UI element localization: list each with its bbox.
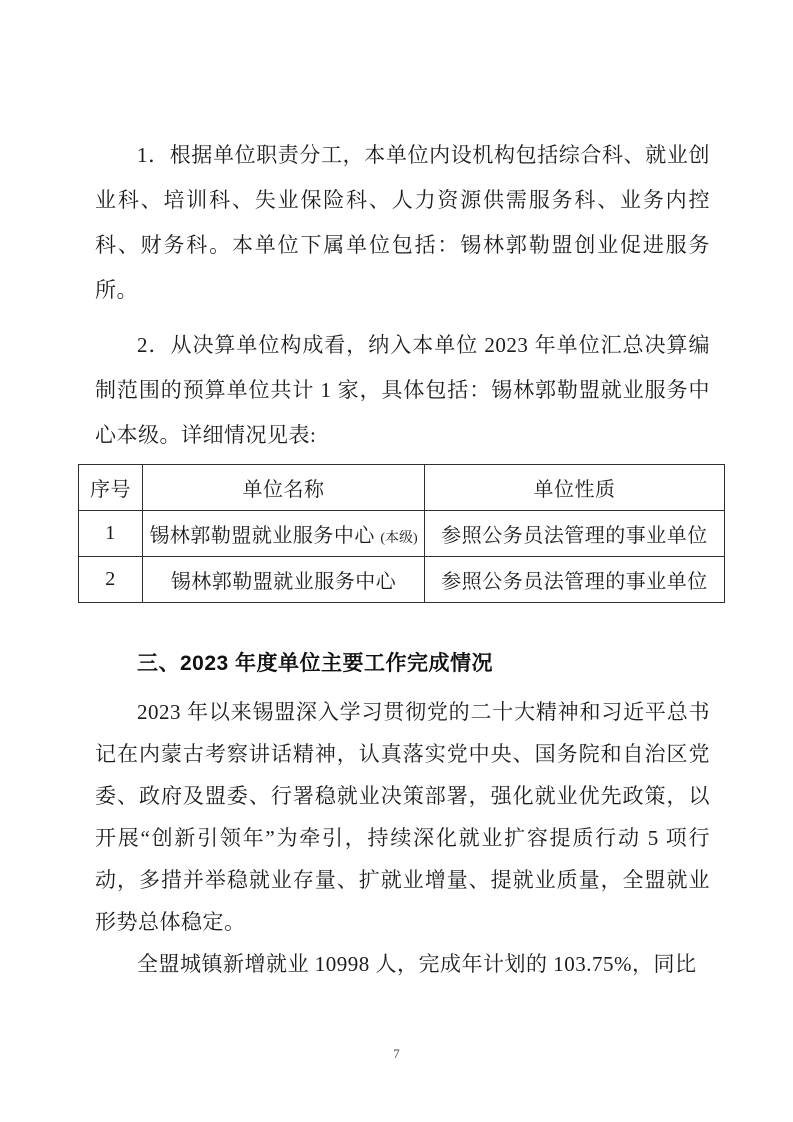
unit-name-suffix: (本级) — [380, 531, 417, 546]
table-cell-unit-name: 锡林郭勒盟就业服务中心 (本级) — [143, 511, 425, 557]
table-header-row: 序号 单位名称 单位性质 — [79, 465, 725, 511]
paragraph-budget-units: 2．从决算单位构成看，纳入本单位 2023 年单位汇总决算编制范围的预算单位共计… — [95, 323, 710, 458]
table-cell-index: 2 — [79, 557, 143, 603]
table-header-unit-name: 单位名称 — [143, 465, 425, 511]
unit-name-text: 锡林郭勒盟就业服务中心 — [149, 525, 375, 547]
table-row: 2 锡林郭勒盟就业服务中心 参照公务员法管理的事业单位 — [79, 557, 725, 603]
page-number: 7 — [0, 1046, 793, 1062]
table-header-unit-nature: 单位性质 — [425, 465, 725, 511]
table-header-index: 序号 — [79, 465, 143, 511]
unit-list-table: 序号 单位名称 单位性质 1 锡林郭勒盟就业服务中心 (本级) 参照公务员法管理… — [78, 464, 725, 603]
paragraph-internal-structure: 1．根据单位职责分工，本单位内设机构包括综合科、就业创业科、培训科、失业保险科、… — [95, 133, 710, 313]
document-page: 1．根据单位职责分工，本单位内设机构包括综合科、就业创业科、培训科、失业保险科、… — [0, 0, 793, 1122]
paragraph-work-overview: 2023 年以来锡盟深入学习贯彻党的二十大精神和习近平总书记在内蒙古考察讲话精神… — [95, 691, 710, 943]
table-cell-unit-nature: 参照公务员法管理的事业单位 — [425, 557, 725, 603]
table-row: 1 锡林郭勒盟就业服务中心 (本级) 参照公务员法管理的事业单位 — [79, 511, 725, 557]
unit-name-text: 锡林郭勒盟就业服务中心 — [171, 571, 397, 593]
document-content: 1．根据单位职责分工，本单位内设机构包括综合科、就业创业科、培训科、失业保险科、… — [0, 0, 793, 985]
table-cell-unit-name: 锡林郭勒盟就业服务中心 — [143, 557, 425, 603]
section-heading-work-completion: 三、2023 年度单位主要工作完成情况 — [95, 641, 710, 686]
paragraph-employment-figures: 全盟城镇新增就业 10998 人，完成年计划的 103.75%，同比 — [95, 943, 710, 985]
table-cell-index: 1 — [79, 511, 143, 557]
table-cell-unit-nature: 参照公务员法管理的事业单位 — [425, 511, 725, 557]
